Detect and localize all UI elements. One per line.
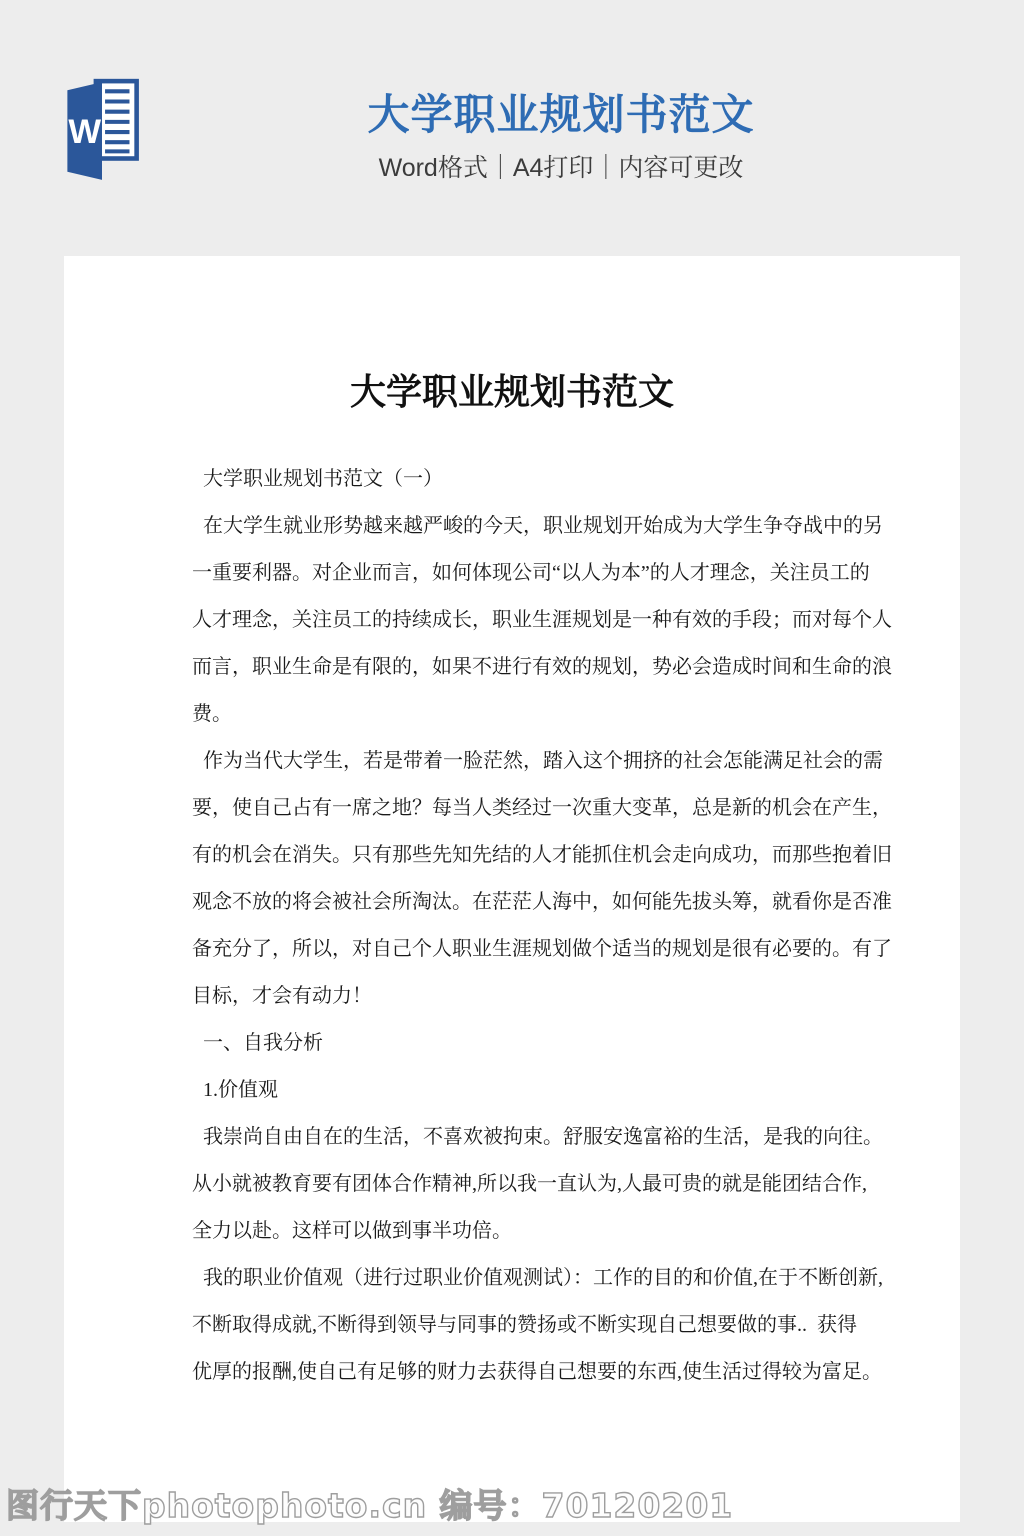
document-line: 不断取得成就,不断得到领导与同事的赞扬或不断实现自己想要做的事.. 获得 xyxy=(192,1302,908,1349)
document-line: 我的职业价值观（进行过职业价值观测试）：工作的目的和价值,在于不断创新, xyxy=(192,1255,908,1302)
document-line: 在大学生就业形势越来越严峻的今天，职业规划开始成为大学生争夺战中的另 xyxy=(192,503,908,550)
document-line: 优厚的报酬,使自己有足够的财力去获得自己想要的东西,使生活过得较为富足。 xyxy=(192,1349,908,1396)
document-line: 1.价值观 xyxy=(192,1067,908,1114)
document-line: 而言，职业生命是有限的，如果不进行有效的规划，势必会造成时间和生命的浪 xyxy=(192,644,908,691)
header-subtitle: Word格式｜A4打印｜内容可更改 xyxy=(98,153,1024,183)
document-line: 观念不放的将会被社会所淘汰。在茫茫人海中，如何能先拔头筹，就看你是否准 xyxy=(192,879,908,926)
document-line: 一、自我分析 xyxy=(192,1020,908,1067)
document-line: 有的机会在消失。只有那些先知先结的人才能抓住机会走向成功，而那些抱着旧 xyxy=(192,832,908,879)
document-line: 全力以赴。这样可以做到事半功倍。 xyxy=(192,1208,908,1255)
document-body: 大学职业规划书范文（一）在大学生就业形势越来越严峻的今天，职业规划开始成为大学生… xyxy=(192,456,908,1396)
document-line: 备充分了，所以，对自己个人职业生涯规划做个适当的规划是很有必要的。有了 xyxy=(192,926,908,973)
header-title: 大学职业规划书范文 xyxy=(98,90,1024,140)
watermark-text: 图行天下photophoto.cn 编号：70120201 xyxy=(6,1486,733,1526)
document-line: 我崇尚自由自在的生活，不喜欢被拘束。舒服安逸富裕的生活，是我的向往。 xyxy=(192,1114,908,1161)
document-line: 费。 xyxy=(192,691,908,738)
document-line: 大学职业规划书范文（一） xyxy=(192,456,908,503)
document-line: 要，使自己占有一席之地？每当人类经过一次重大变革，总是新的机会在产生， xyxy=(192,785,908,832)
header-text-block: 大学职业规划书范文 Word格式｜A4打印｜内容可更改 xyxy=(98,90,1024,183)
document-line: 目标，才会有动力！ xyxy=(192,973,908,1020)
document-line: 人才理念，关注员工的持续成长，职业生涯规划是一种有效的手段；而对每个人 xyxy=(192,597,908,644)
header: W 大学职业规划书范文 Word格式｜A4打印｜内容可更改 xyxy=(0,0,1024,256)
document-line: 一重要利器。对企业而言，如何体现公司“以人为本”的人才理念，关注员工的 xyxy=(192,550,908,597)
document-page: 大学职业规划书范文 大学职业规划书范文（一）在大学生就业形势越来越严峻的今天，职… xyxy=(64,256,960,1522)
document-title: 大学职业规划书范文 xyxy=(64,256,960,415)
word-icon-letter: W xyxy=(68,113,101,151)
document-line: 从小就被教育要有团体合作精神,所以我一直认为,人最可贵的就是能团结合作, xyxy=(192,1161,908,1208)
document-line: 作为当代大学生，若是带着一脸茫然，踏入这个拥挤的社会怎能满足社会的需 xyxy=(192,738,908,785)
